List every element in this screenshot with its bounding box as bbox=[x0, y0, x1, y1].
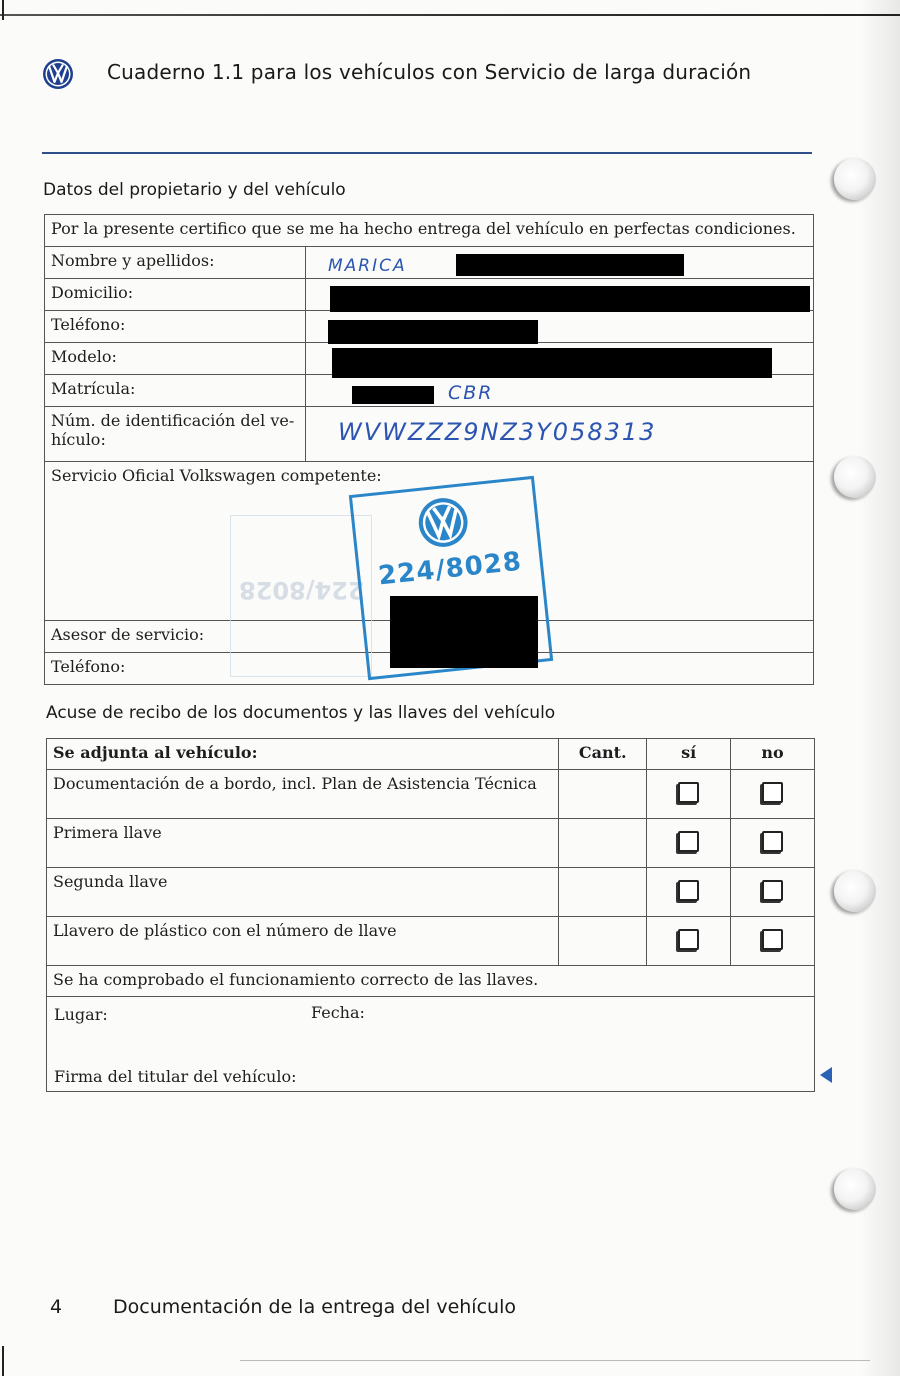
page-number: 4 bbox=[50, 1296, 62, 1318]
footer-title: Documentación de la entrega del vehículo bbox=[113, 1296, 516, 1318]
binder-hole bbox=[834, 870, 876, 912]
column-header-no: no bbox=[731, 739, 815, 770]
column-header-quantity: Cant. bbox=[559, 739, 647, 770]
vw-stamp-logo-icon bbox=[415, 494, 472, 551]
page-title: Cuaderno 1.1 para los vehículos con Serv… bbox=[107, 60, 751, 84]
page-bottom-edge bbox=[240, 1360, 870, 1361]
checkbox-yes[interactable] bbox=[678, 831, 699, 852]
item-label: Documentación de a bordo, incl. Plan de … bbox=[47, 770, 559, 819]
checkbox-no[interactable] bbox=[762, 831, 783, 852]
table-row: Documentación de a bordo, incl. Plan de … bbox=[47, 770, 815, 819]
faded-stamp: 224/8028 bbox=[230, 515, 372, 677]
item-label: Primera llave bbox=[47, 819, 559, 868]
quantity-field[interactable] bbox=[559, 819, 647, 868]
quantity-field[interactable] bbox=[559, 917, 647, 966]
keys-section-title: Acuse de recibo de los documentos y las … bbox=[46, 703, 555, 723]
dealer-phone-label: Teléfono: bbox=[51, 657, 125, 676]
certification-text: Por la presente certifico que se me ha h… bbox=[45, 215, 814, 247]
table-row: Llavero de plástico con el número de lla… bbox=[47, 917, 815, 966]
redacted-model bbox=[332, 348, 772, 378]
signature-label: Firma del titular del vehículo: bbox=[54, 1067, 297, 1086]
quantity-field[interactable] bbox=[559, 868, 647, 917]
page-left-tick bbox=[2, 0, 4, 20]
redacted-dealer-info bbox=[390, 596, 538, 668]
checkbox-no[interactable] bbox=[762, 929, 783, 950]
redacted-plate bbox=[352, 386, 434, 404]
redacted-name bbox=[456, 254, 684, 276]
checkbox-yes[interactable] bbox=[678, 929, 699, 950]
documents-keys-table: Se adjunta al vehículo: Cant. sí no Docu… bbox=[46, 738, 815, 1092]
faded-stamp-number: 224/8028 bbox=[239, 576, 365, 604]
quantity-field[interactable] bbox=[559, 770, 647, 819]
dealer-stamp-number: 224/8028 bbox=[377, 547, 523, 592]
page-top-edge bbox=[0, 14, 900, 16]
keys-check-note: Se ha comprobado el funcionamiento corre… bbox=[47, 966, 815, 997]
header-rule bbox=[42, 152, 812, 154]
owner-section-title: Datos del propietario y del vehículo bbox=[43, 180, 346, 200]
vin-label-line1: Núm. de identificación del ve- bbox=[51, 411, 294, 430]
item-label: Segunda llave bbox=[47, 868, 559, 917]
binder-hole bbox=[834, 158, 876, 200]
vw-logo-icon bbox=[42, 58, 74, 90]
address-label: Domicilio: bbox=[45, 279, 306, 311]
page-edge-shadow bbox=[860, 0, 900, 1376]
handwritten-plate: CBR bbox=[448, 382, 494, 404]
vin-label: Núm. de identificación del ve-hículo: bbox=[45, 407, 306, 462]
page-left-tick bbox=[2, 1346, 4, 1376]
model-label: Modelo: bbox=[45, 343, 306, 375]
checkbox-yes[interactable] bbox=[678, 782, 699, 803]
vin-label-line2: hículo: bbox=[51, 430, 106, 449]
plate-label: Matrícula: bbox=[45, 375, 306, 407]
redacted-address bbox=[330, 286, 810, 312]
redacted-phone bbox=[328, 320, 538, 344]
handwritten-name: MARICA bbox=[328, 256, 407, 276]
table-row: Primera llave bbox=[47, 819, 815, 868]
signature-cell[interactable]: Lugar: Fecha: Firma del titular del vehí… bbox=[47, 997, 815, 1092]
phone-label: Teléfono: bbox=[45, 311, 306, 343]
binder-hole bbox=[834, 456, 876, 498]
table-row: Segunda llave bbox=[47, 868, 815, 917]
service-dealer-label: Servicio Oficial Volkswagen competente: bbox=[51, 466, 382, 485]
column-header-item: Se adjunta al vehículo: bbox=[47, 739, 559, 770]
name-label: Nombre y apellidos: bbox=[45, 247, 306, 279]
triangle-left-icon bbox=[820, 1067, 832, 1083]
date-label: Fecha: bbox=[311, 1003, 365, 1022]
checkbox-no[interactable] bbox=[762, 782, 783, 803]
checkbox-no[interactable] bbox=[762, 880, 783, 901]
item-label: Llavero de plástico con el número de lla… bbox=[47, 917, 559, 966]
binder-hole bbox=[834, 1168, 876, 1210]
column-header-yes: sí bbox=[647, 739, 731, 770]
handwritten-vin: WVWZZZ9NZ3Y058313 bbox=[338, 418, 656, 446]
place-label: Lugar: bbox=[54, 1005, 108, 1024]
advisor-label: Asesor de servicio: bbox=[51, 625, 204, 644]
checkbox-yes[interactable] bbox=[678, 880, 699, 901]
